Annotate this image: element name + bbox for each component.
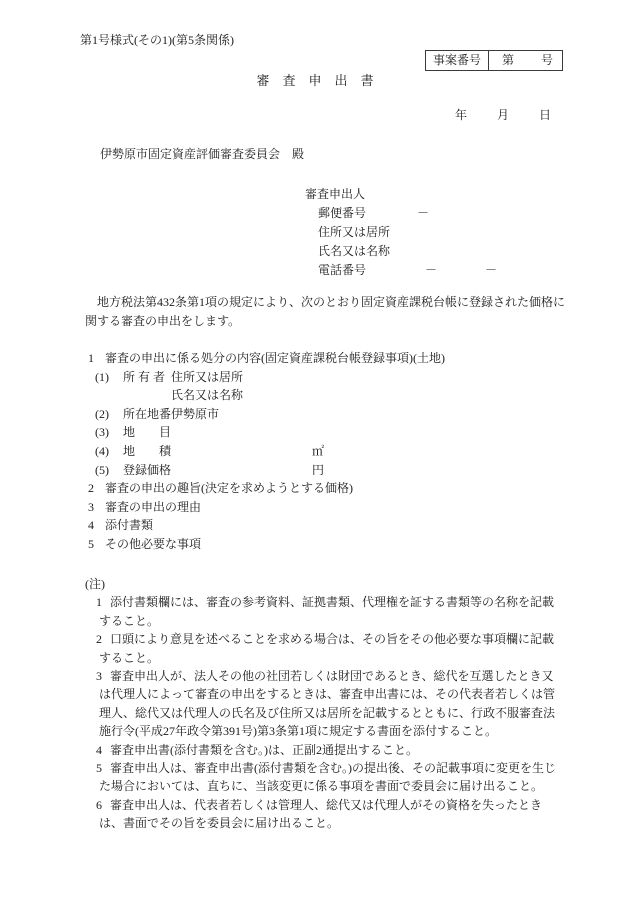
date-line: 年 月 日 <box>455 106 553 125</box>
subitem-land-area: (4) 地 積 ㎡ <box>95 442 566 461</box>
field-address: 住所又は居所 <box>305 223 497 242</box>
note-number: 2 <box>96 630 110 648</box>
subitem-land-category: (3) 地 目 <box>95 423 566 442</box>
subitem-value <box>171 423 566 442</box>
note-text: 添付書類欄には、審査の参考資料、証拠書類、代理権を証する書類等の名称を記載するこ… <box>99 595 554 627</box>
subitem-registered-price: (5) 登録価格 円 <box>95 461 566 480</box>
note-3: 3審査申出人が、法人その他の社団若しくは財団であるとき、総代を互選したとき又は代… <box>85 667 565 741</box>
item-text: その他必要な事項 <box>105 535 566 554</box>
document-title: 審 査 申 出 書 <box>0 72 630 91</box>
note-number: 5 <box>96 759 110 777</box>
subitem-label: 所在地番 <box>123 405 171 424</box>
item-purpose: 2 審査の申出の趣旨(決定を求めようとする価格) <box>86 479 566 498</box>
phone-value: － － <box>425 261 497 280</box>
subitem-label: 登録価格 <box>123 461 171 480</box>
field-phone: 電話番号 － － <box>305 261 497 280</box>
postal-code-value: － <box>417 204 429 223</box>
note-number: 6 <box>96 796 110 814</box>
case-number-value: 第 号 <box>489 51 562 70</box>
note-number: 3 <box>96 667 110 685</box>
note-text: 審査申出人は、審査申出書(添付書類を含む。)の提出後、その記載事項に変更を生じた… <box>99 761 556 793</box>
item-number: 2 <box>86 479 105 498</box>
subitem-marker: (2) <box>95 405 123 424</box>
item-text: 審査の申出に係る処分の内容(固定資産課税台帳登録事項)(土地) <box>105 349 566 368</box>
item-reason: 3 審査の申出の理由 <box>86 498 566 517</box>
phone-label: 電話番号 <box>318 261 425 280</box>
note-text: 審査申出人は、代表者若しくは管理人、総代又は代理人がその資格を失ったときは、書面… <box>99 798 542 830</box>
case-number-value-suffix: 号 <box>541 51 553 70</box>
opening-paragraph: 地方税法第432条第1項の規定により、次のとおり固定資産課税台帳に登録された価格… <box>85 293 565 331</box>
price-unit: 円 <box>312 461 324 480</box>
subitem-label: 所 有 者 <box>123 368 171 405</box>
note-1: 1添付書類欄には、審査の参考資料、証拠書類、代理権を証する書類等の名称を記載する… <box>85 593 565 630</box>
field-postal-code: 郵便番号 － <box>305 204 497 223</box>
item-attached-documents: 4 添付書類 <box>86 516 566 535</box>
item-disposition-content: 1 審査の申出に係る処分の内容(固定資産課税台帳登録事項)(土地) <box>86 349 566 368</box>
item-text: 審査の申出の理由 <box>105 498 566 517</box>
subitem-marker: (5) <box>95 461 123 480</box>
note-6: 6審査申出人は、代表者若しくは管理人、総代又は代理人がその資格を失ったときは、書… <box>85 796 565 833</box>
subitem-label: 地 目 <box>123 423 171 442</box>
addressee-line: 伊勢原市固定資産評価審査委員会 殿 <box>100 145 304 164</box>
case-number-value-prefix: 第 <box>502 51 514 70</box>
item-number: 3 <box>86 498 105 517</box>
subitem-owner: (1) 所 有 者 住所又は居所 氏名又は名称 <box>95 368 566 405</box>
document-page: 第1号様式(その1)(第5条関係) 事案番号 第 号 審 査 申 出 書 年 月… <box>0 0 630 903</box>
area-unit: ㎡ <box>312 442 324 461</box>
note-text: 口頭により意見を述べることを求める場合は、その旨をその他必要な事項欄に記載するこ… <box>99 632 554 664</box>
postal-code-label: 郵便番号 <box>318 204 417 223</box>
notes-heading: (注) <box>85 575 565 593</box>
address-label: 住所又は居所 <box>318 223 390 242</box>
name-label: 氏名又は名称 <box>318 242 390 261</box>
item-number: 4 <box>86 516 105 535</box>
owner-address-line: 住所又は居所 <box>171 368 566 387</box>
subitem-location: (2) 所在地番 伊勢原市 <box>95 405 566 424</box>
owner-name-line: 氏名又は名称 <box>171 386 566 405</box>
item-number: 5 <box>86 535 105 554</box>
field-name: 氏名又は名称 <box>305 242 497 261</box>
case-number-label: 事案番号 <box>426 51 489 70</box>
applicant-heading: 審査申出人 <box>305 185 497 204</box>
item-other-matters: 5 その他必要な事項 <box>86 535 566 554</box>
case-number-box: 事案番号 第 号 <box>425 50 563 71</box>
note-number: 4 <box>96 741 110 759</box>
note-4: 4審査申出書(添付書類を含む。)は、正副2通提出すること。 <box>85 741 565 759</box>
subitem-label: 地 積 <box>123 442 171 461</box>
item-number: 1 <box>86 349 105 368</box>
note-text: 審査申出書(添付書類を含む。)は、正副2通提出すること。 <box>110 743 418 757</box>
subitem-marker: (1) <box>95 368 123 405</box>
disposition-sublist: (1) 所 有 者 住所又は居所 氏名又は名称 (2) 所在地番 伊勢原市 (3… <box>95 368 566 480</box>
note-2: 2口頭により意見を述べることを求める場合は、その旨をその他必要な事項欄に記載する… <box>85 630 565 667</box>
main-list: 1 審査の申出に係る処分の内容(固定資産課税台帳登録事項)(土地) (1) 所 … <box>86 349 566 554</box>
subitem-value: 住所又は居所 氏名又は名称 <box>171 368 566 405</box>
notes-block: (注) 1添付書類欄には、審査の参考資料、証拠書類、代理権を証する書類等の名称を… <box>85 575 565 833</box>
note-5: 5審査申出人は、審査申出書(添付書類を含む。)の提出後、その記載事項に変更を生じ… <box>85 759 565 796</box>
form-number: 第1号様式(その1)(第5条関係) <box>80 31 234 50</box>
item-text: 添付書類 <box>105 516 566 535</box>
subitem-marker: (4) <box>95 442 123 461</box>
note-number: 1 <box>96 593 110 611</box>
item-text: 審査の申出の趣旨(決定を求めようとする価格) <box>105 479 566 498</box>
applicant-block: 審査申出人 郵便番号 － 住所又は居所 氏名又は名称 電話番号 － － <box>305 185 497 280</box>
note-text: 審査申出人が、法人その他の社団若しくは財団であるとき、総代を互選したとき又は代理… <box>99 669 555 738</box>
subitem-marker: (3) <box>95 423 123 442</box>
subitem-value: 伊勢原市 <box>171 405 566 424</box>
